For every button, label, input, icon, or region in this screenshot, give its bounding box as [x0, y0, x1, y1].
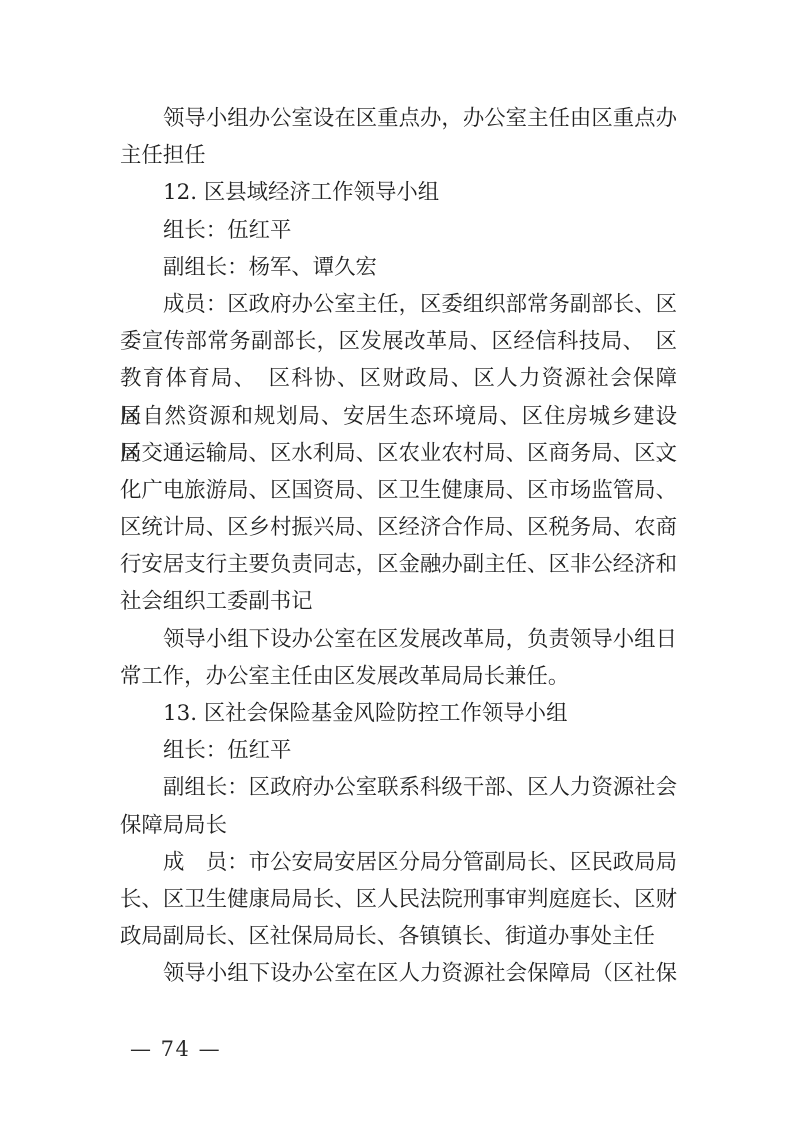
text-line: 区交通运输局、区水利局、区农业农村局、区商务局、区文 [120, 435, 677, 472]
text-line: 副组长：杨军、谭久宏 [120, 249, 677, 286]
text-line: 区自然资源和规划局、安居生态环境局、区住房城乡建设局、 [120, 398, 677, 435]
text-line: 副组长：区政府办公室联系科级干部、区人力资源社会 [120, 769, 677, 806]
page-number: — 74 — [130, 1037, 221, 1061]
text-line: 保障局局长 [120, 807, 677, 844]
text-line: 教育体育局、 区科协、区财政局、区人力资源社会保障局、 [120, 360, 677, 397]
text-line: 化广电旅游局、区国资局、区卫生健康局、区市场监管局、 [120, 472, 677, 509]
document-page: 领导小组办公室设在区重点办，办公室主任由区重点办主任担任12. 区县域经济工作领… [0, 0, 793, 1122]
text-line: 主任担任 [120, 137, 677, 174]
text-line: 12. 区县域经济工作领导小组 [120, 174, 677, 211]
text-line: 成员：区政府办公室主任，区委组织部常务副部长、区 [120, 286, 677, 323]
text-line: 13. 区社会保险基金风险防控工作领导小组 [120, 695, 677, 732]
text-line: 长、区卫生健康局局长、区人民法院刑事审判庭庭长、区财 [120, 881, 677, 918]
document-body: 领导小组办公室设在区重点办，办公室主任由区重点办主任担任12. 区县域经济工作领… [120, 100, 677, 993]
text-line: 社会组织工委副书记 [120, 583, 677, 620]
text-line: 成 员：市公安局安居区分局分管副局长、区民政局局 [120, 844, 677, 881]
text-line: 政局副局长、区社保局局长、各镇镇长、街道办事处主任 [120, 918, 677, 955]
text-line: 领导小组下设办公室在区发展改革局，负责领导小组日 [120, 621, 677, 658]
text-line: 区统计局、区乡村振兴局、区经济合作局、区税务局、农商 [120, 509, 677, 546]
page-footer: — 74 — [130, 1034, 221, 1064]
text-line: 常工作，办公室主任由区发展改革局局长兼任。 [120, 658, 677, 695]
text-line: 组长：伍红平 [120, 732, 677, 769]
text-line: 行安居支行主要负责同志，区金融办副主任、区非公经济和 [120, 546, 677, 583]
text-line: 委宣传部常务副部长，区发展改革局、区经信科技局、 区 [120, 323, 677, 360]
text-line: 领导小组办公室设在区重点办，办公室主任由区重点办 [120, 100, 677, 137]
text-line: 领导小组下设办公室在区人力资源社会保障局（区社保 [120, 955, 677, 992]
text-line: 组长：伍红平 [120, 212, 677, 249]
